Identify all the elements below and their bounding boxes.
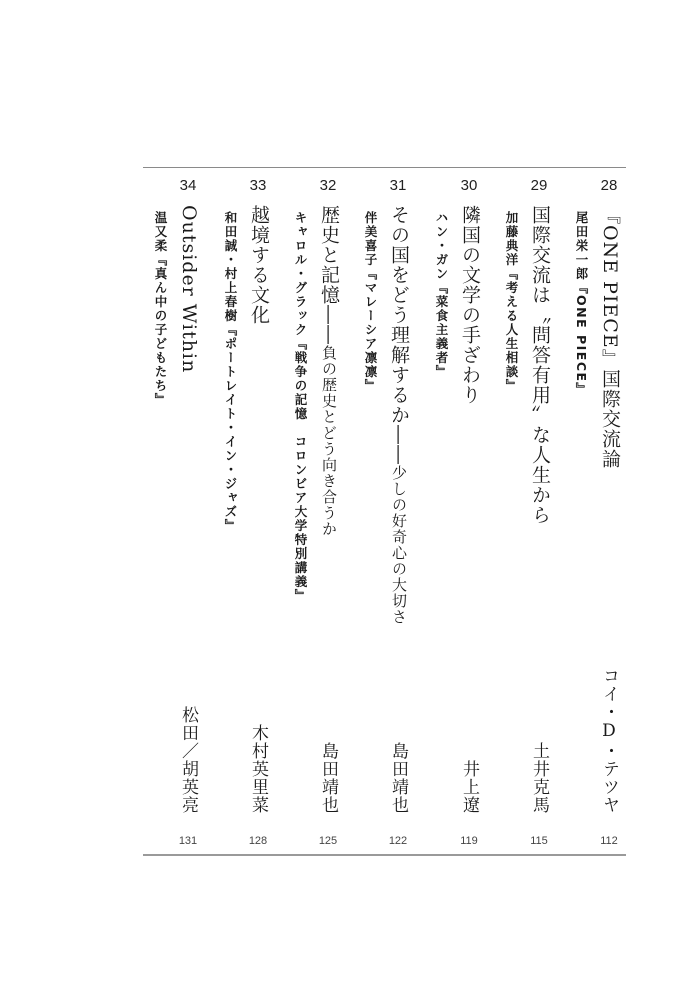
entry-title: 『ONE PIECE』国際交流論 (599, 205, 621, 469)
title-text: 歴史と記憶―― (318, 205, 340, 345)
bottom-rule (143, 854, 626, 856)
toc-entry-30[interactable]: 30 隣国の文学の手ざわり ハン・ガン『菜食主義者』 井上遼 119 (434, 167, 504, 854)
entry-author: コイ・D・テツヤ (599, 667, 619, 814)
featured-book: 温又柔『真ん中の子どもたち』 (152, 211, 168, 407)
entry-page: 125 (293, 835, 363, 847)
toc-entry-31[interactable]: 31 その国をどう理解するか――少しの好奇心の大切さ 伴美喜子『マレーシア凛凛』… (363, 167, 433, 854)
entry-page: 115 (504, 835, 574, 847)
title-text: Outsider Within (178, 205, 200, 373)
entry-page: 122 (363, 835, 433, 847)
entry-title: その国をどう理解するか――少しの好奇心の大切さ (388, 205, 410, 625)
entry-number: 30 (434, 177, 504, 194)
entry-author: 松田／胡英亮 (178, 706, 198, 814)
entry-author: 木村英里菜 (248, 724, 268, 814)
featured-book: キャロル・グラック『戦争の記憶 コロンビア大学特別講義』 (292, 211, 308, 603)
entry-page: 119 (434, 835, 504, 847)
entry-title: 歴史と記憶――負の歴史とどう向き合うか (318, 205, 340, 537)
featured-book: ハン・ガン『菜食主義者』 (433, 211, 449, 379)
entry-number: 29 (504, 177, 574, 194)
entry-author: 島田靖也 (318, 742, 338, 814)
title-subtitle: 少しの好奇心の大切さ (390, 465, 408, 625)
entry-page: 131 (153, 835, 223, 847)
entry-number: 34 (153, 177, 223, 194)
featured-book: 加藤典洋『考える人生相談』 (503, 211, 519, 393)
entry-page: 112 (574, 835, 644, 847)
entry-author: 島田靖也 (388, 742, 408, 814)
toc-entry-29[interactable]: 29 国際交流は〝問答有用〟な人生から 加藤典洋『考える人生相談』 土井克馬 1… (504, 167, 574, 854)
entry-number: 33 (223, 177, 293, 194)
entry-title: 国際交流は〝問答有用〟な人生から (529, 205, 551, 525)
entry-title: 隣国の文学の手ざわり (459, 205, 481, 405)
entry-number: 32 (293, 177, 363, 194)
title-text: 隣国の文学の手ざわり (459, 205, 481, 405)
toc-entry-33[interactable]: 33 越境する文化 和田誠・村上春樹『ポートレイト・イン・ジャズ』 木村英里菜 … (223, 167, 293, 854)
toc-entry-34[interactable]: 34 Outsider Within 温又柔『真ん中の子どもたち』 松田／胡英亮… (153, 167, 223, 854)
title-text: 越境する文化 (248, 205, 270, 325)
featured-book: 伴美喜子『マレーシア凛凛』 (362, 211, 378, 393)
entry-title: 越境する文化 (248, 205, 270, 325)
featured-book: 尾田栄一郎『ONE PIECE』 (573, 211, 589, 397)
featured-book: 和田誠・村上春樹『ポートレイト・イン・ジャズ』 (222, 211, 238, 533)
entry-page: 128 (223, 835, 293, 847)
title-text: その国をどう理解するか―― (388, 205, 410, 465)
title-subtitle: 負の歴史とどう向き合うか (320, 345, 338, 537)
title-text: 国際交流は〝問答有用〟な人生から (529, 205, 551, 525)
entry-author: 井上遼 (459, 760, 479, 814)
toc-entry-28[interactable]: 28 『ONE PIECE』国際交流論 尾田栄一郎『ONE PIECE』 コイ・… (574, 167, 644, 854)
entry-number: 31 (363, 177, 433, 194)
entry-title: Outsider Within (178, 205, 200, 373)
title-text: 『ONE PIECE』国際交流論 (599, 205, 621, 469)
toc-entry-32[interactable]: 32 歴史と記憶――負の歴史とどう向き合うか キャロル・グラック『戦争の記憶 コ… (293, 167, 363, 854)
entry-number: 28 (574, 177, 644, 194)
entry-author: 土井克馬 (529, 742, 549, 814)
